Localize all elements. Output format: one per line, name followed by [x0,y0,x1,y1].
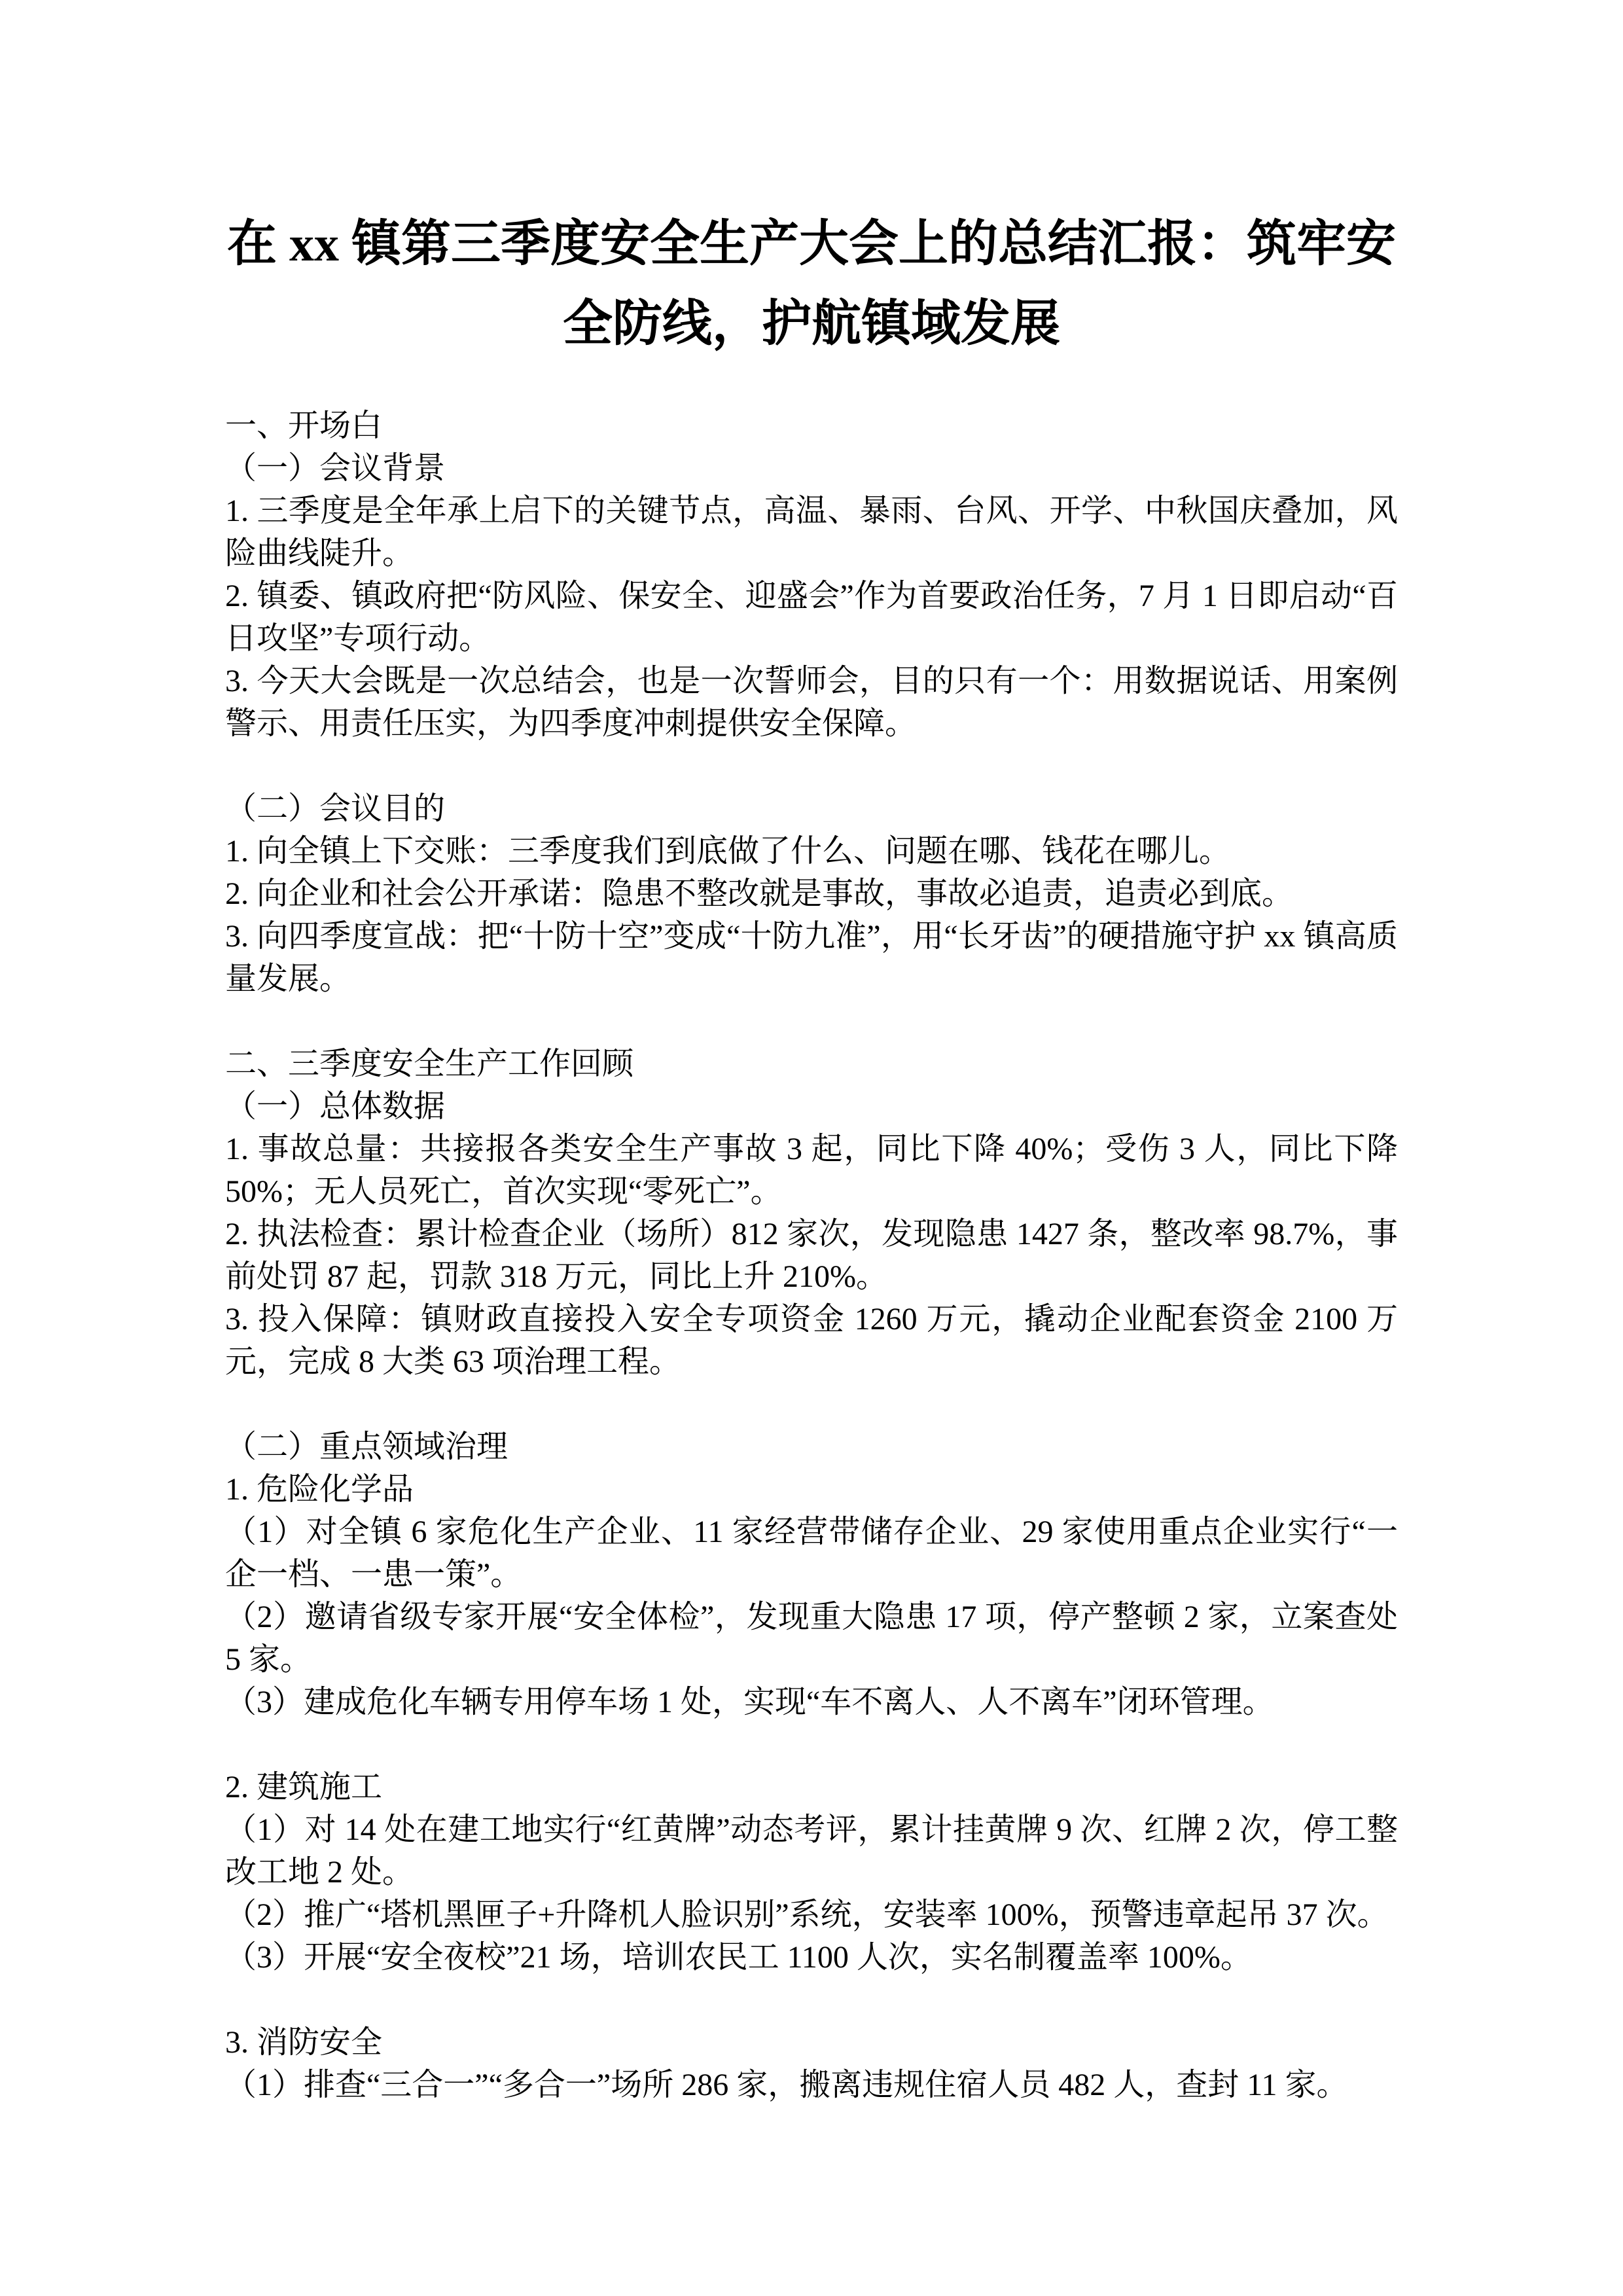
paragraph: 3. 今天大会既是一次总结会，也是一次誓师会，目的只有一个：用数据说话、用案例警… [225,660,1398,745]
paragraph: （一）会议背景 [225,447,1398,490]
paragraph: 二、三季度安全生产工作回顾 [225,1043,1398,1085]
paragraph: 2. 镇委、镇政府把“防风险、保安全、迎盛会”作为首要政治任务，7 月 1 日即… [225,575,1398,660]
document-title: 在 xx 镇第三季度安全生产大会上的总结汇报：筑牢安 全防线，护航镇域发展 [225,204,1398,364]
paragraph: （2）邀请省级专家开展“安全体检”，发现重大隐患 17 项，停产整顿 2 家，立… [225,1596,1398,1681]
blank-line [225,1979,1398,2021]
paragraph: 2. 建筑施工 [225,1766,1398,1808]
paragraph: （3）建成危化车辆专用停车场 1 处，实现“车不离人、人不离车”闭环管理。 [225,1681,1398,1723]
paragraph: 1. 事故总量：共接报各类安全生产事故 3 起，同比下降 40%；受伤 3 人，… [225,1128,1398,1213]
paragraph: （1）对全镇 6 家危化生产企业、11 家经营带储存企业、29 家使用重点企业实… [225,1511,1398,1596]
paragraph: 1. 向全镇上下交账：三季度我们到底做了什么、问题在哪、钱花在哪儿。 [225,830,1398,872]
blank-line [225,1723,1398,1766]
paragraph: （1）排查“三合一”“多合一”场所 286 家，搬离违规住宿人员 482 人，查… [225,2064,1398,2106]
blank-line [225,1383,1398,1426]
paragraph: 2. 向企业和社会公开承诺：隐患不整改就是事故，事故必追责，追责必到底。 [225,872,1398,915]
paragraph: 3. 投入保障：镇财政直接投入安全专项资金 1260 万元，撬动企业配套资金 2… [225,1298,1398,1383]
title-line-2: 全防线，护航镇域发展 [225,284,1398,364]
paragraph: （一）总体数据 [225,1085,1398,1128]
blank-line [225,745,1398,787]
blank-line [225,1000,1398,1043]
paragraph: （2）推广“塔机黑匣子+升降机人脸识别”系统，安装率 100%，预警违章起吊 3… [225,1893,1398,1936]
paragraph: 3. 向四季度宣战：把“十防十空”变成“十防九准”，用“长牙齿”的硬措施守护 x… [225,915,1398,1000]
paragraph: （1）对 14 处在建工地实行“红黄牌”动态考评，累计挂黄牌 9 次、红牌 2 … [225,1808,1398,1893]
paragraph: 2. 执法检查：累计检查企业（场所）812 家次，发现隐患 1427 条，整改率… [225,1213,1398,1298]
paragraph: 一、开场白 [225,404,1398,447]
paragraph: （二）会议目的 [225,787,1398,830]
paragraph: 1. 危险化学品 [225,1468,1398,1511]
paragraph: 3. 消防安全 [225,2021,1398,2064]
title-line-1: 在 xx 镇第三季度安全生产大会上的总结汇报：筑牢安 [225,204,1398,284]
paragraph: 1. 三季度是全年承上启下的关键节点，高温、暴雨、台风、开学、中秋国庆叠加，风险… [225,490,1398,575]
document-body: 一、开场白（一）会议背景1. 三季度是全年承上启下的关键节点，高温、暴雨、台风、… [225,404,1398,2106]
paragraph: （二）重点领域治理 [225,1426,1398,1468]
paragraph: （3）开展“安全夜校”21 场，培训农民工 1100 人次，实名制覆盖率 100… [225,1936,1398,1979]
document-page: 在 xx 镇第三季度安全生产大会上的总结汇报：筑牢安 全防线，护航镇域发展 一、… [0,0,1623,2296]
